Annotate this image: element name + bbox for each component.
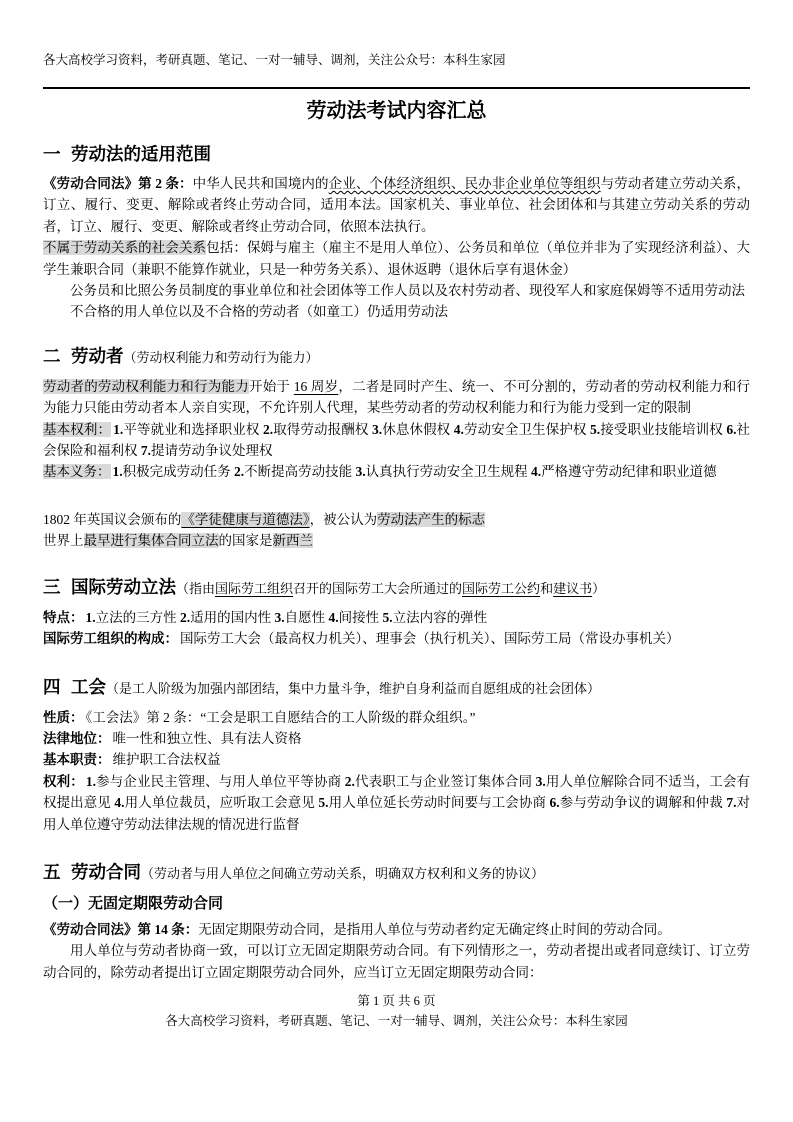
section-2-note: （劳动权利能力和劳动行为能力）: [124, 350, 319, 365]
section-5-heading: 五劳动合同（劳动者与用人单位之间确立劳动关系，明确双方权利和义务的协议）: [43, 859, 750, 887]
section-4-heading: 四工会（是工人阶级为加强内部团结，集中力量斗争，维护自身利益而自愿组成的社会团体…: [43, 674, 750, 702]
list-run: 1.平等就业和选择职业权 2.取得劳动报酬权 3.休息休假权 4.劳动安全卫生保…: [43, 422, 750, 458]
bold-label: 性质：: [43, 710, 84, 725]
page-footer: 第 1 页 共 6 页 各大高校学习资料，考研真题、笔记、一对一辅导、调剂，关注…: [43, 991, 750, 1031]
text-run: 无固定期限劳动合同，是指用人单位与劳动者约定无确定终止时间的劳动合同。: [198, 922, 671, 937]
paragraph-capacity: 劳动者的劳动权利能力和行为能力开始于 16 周岁，二者是同时产生、统一、不可分割…: [43, 376, 750, 419]
section-3-title: 国际劳动立法: [71, 577, 176, 597]
text-run: ）: [592, 581, 605, 596]
highlight-label: 基本权利：: [43, 422, 111, 437]
paragraph-unqualified: 不合格的用人单位以及不合格的劳动者（如童工）仍适用劳动法: [43, 301, 750, 322]
text-run: 中华人民共和国境内的: [193, 176, 329, 191]
law-ref-run: 《劳动合同法》第 2 条：: [43, 176, 193, 191]
text-run: （指由: [176, 581, 215, 596]
section-1-title: 劳动法的适用范围: [71, 144, 211, 164]
text-run: 召开的国际劳工大会所通过的: [293, 581, 462, 596]
list-run: 1.立法的三方性 2.适用的国内性 3.自愿性 4.间接性 5.立法内容的弹性: [86, 610, 488, 625]
text-run: 维护职工合法权益: [113, 752, 221, 767]
paragraph-law-article-2: 《劳动合同法》第 2 条：中华人民共和国境内的企业、个体经济组织、民办非企业单位…: [43, 173, 750, 237]
section-2-extra-body: 1802 年英国议会颁布的《学徒健康与道德法》，被公认为劳动法产生的标志 世界上…: [43, 509, 750, 552]
text-run: 开始于: [249, 379, 294, 394]
paragraph-excluded-relations: 不属于劳动关系的社会关系包括：保姆与雇主（雇主不是用人单位）、公务员和单位（单位…: [43, 237, 750, 280]
paragraph-1802-act: 1802 年英国议会颁布的《学徒健康与道德法》，被公认为劳动法产生的标志: [43, 509, 750, 530]
underline-run: 建议书: [553, 581, 592, 596]
underline-run: 16 周岁: [294, 379, 339, 394]
footer-text: 各大高校学习资料，考研真题、笔记、一对一辅导、调剂，关注公众号：本科生家园: [43, 1011, 750, 1031]
header-rule: [43, 87, 750, 89]
list-run: 1.参与企业民主管理、与用人单位平等协商 2.代表职工与企业签订集体合同 3.用…: [43, 774, 750, 832]
section-5-number: 五: [43, 862, 61, 882]
bold-label: 国际劳工组织的构成：: [43, 631, 178, 646]
text-run: 用人单位与劳动者协商一致，可以订立无固定期限劳动合同。有下列情形之一，劳动者提出…: [43, 943, 750, 979]
section-5-note: （劳动者与用人单位之间确立劳动关系，明确双方权利和义务的协议）: [141, 866, 544, 881]
highlight-label: 基本义务：: [43, 464, 111, 479]
paragraph-features: 特点：1.立法的三方性 2.适用的国内性 3.自愿性 4.间接性 5.立法内容的…: [43, 607, 750, 628]
section-2-body: 劳动者的劳动权利能力和行为能力开始于 16 周岁，二者是同时产生、统一、不可分割…: [43, 376, 750, 483]
paragraph-ilo-structure: 国际劳工组织的构成：国际劳工大会（最高权力机关）、理事会（执行机关）、国际劳工局…: [43, 628, 750, 649]
bold-label: 法律地位：: [43, 731, 111, 746]
text-run: 的国家是: [219, 533, 273, 548]
text-run: 世界上: [43, 533, 84, 548]
wavy-underline-run: 企业、个体经济组织、民办非企业单位等组织: [329, 176, 601, 191]
section-1-number: 一: [43, 144, 61, 164]
underline-run: 国际劳工组织: [215, 581, 293, 596]
section-1-heading: 一劳动法的适用范围: [43, 141, 750, 167]
section-3-heading: 三国际劳动立法（指由国际劳工组织召开的国际劳工大会所通过的国际劳工公约和建议书）: [43, 574, 750, 602]
section-5-body: 《劳动合同法》第 14 条：无固定期限劳动合同，是指用人单位与劳动者约定无确定终…: [43, 919, 750, 983]
section-5-title: 劳动合同: [71, 862, 141, 882]
section-3-note: （指由国际劳工组织召开的国际劳工大会所通过的国际劳工公约和建议书）: [176, 581, 605, 596]
paragraph-legal-status: 法律地位：唯一性和独立性、具有法人资格: [43, 728, 750, 749]
paragraph-union-nature: 性质：《工会法》第 2 条：“工会是职工自愿结合的工人阶级的群众组织。”: [43, 707, 750, 728]
highlight-run: 劳动者的劳动权利能力和行为能力: [43, 379, 249, 394]
highlight-run: 最早进行集体合同立法: [84, 533, 219, 548]
law-ref-run: 《劳动合同法》第 14 条：: [43, 922, 198, 937]
section-3-number: 三: [43, 577, 61, 597]
section-2-number: 二: [43, 346, 61, 366]
section-1-body: 《劳动合同法》第 2 条：中华人民共和国境内的企业、个体经济组织、民办非企业单位…: [43, 173, 750, 323]
doc-title: 劳动法考试内容汇总: [43, 97, 750, 125]
list-run: 1.积极完成劳动任务 2.不断提高劳动技能 3.认真执行劳动安全卫生规程 4.严…: [113, 464, 717, 479]
section-4-body: 性质：《工会法》第 2 条：“工会是职工自愿结合的工人阶级的群众组织。” 法律地…: [43, 707, 750, 835]
text-run: 和: [540, 581, 553, 596]
header-text: 各大高校学习资料，考研真题、笔记、一对一辅导、调剂，关注公众号：本科生家园: [43, 53, 506, 67]
section-2-heading: 二劳动者（劳动权利能力和劳动行为能力）: [43, 343, 750, 371]
paragraph-basic-duties: 基本义务：1.积极完成劳动任务 2.不断提高劳动技能 3.认真执行劳动安全卫生规…: [43, 461, 750, 482]
paragraph-open-term-contract: 用人单位与劳动者协商一致，可以订立无固定期限劳动合同。有下列情形之一，劳动者提出…: [43, 940, 750, 983]
underline-run: 国际劳工公约: [462, 581, 540, 596]
paragraph-union-rights: 权利：1.参与企业民主管理、与用人单位平等协商 2.代表职工与企业签订集体合同 …: [43, 771, 750, 835]
subsection-1-heading: （一）无固定期限劳动合同: [43, 893, 750, 915]
text-run: 不合格的用人单位以及不合格的劳动者（如童工）仍适用劳动法: [70, 304, 448, 319]
paragraph-basic-duty: 基本职责：维护职工合法权益: [43, 749, 750, 770]
section-4-title: 工会: [71, 677, 106, 697]
page-number: 第 1 页 共 6 页: [43, 991, 750, 1011]
bold-label: 特点：: [43, 610, 84, 625]
text-run: 公务员和比照公务员制度的事业单位和社会团体等工作人员以及农村劳动者、现役军人和家…: [70, 283, 745, 298]
bold-label: 基本职责：: [43, 752, 111, 767]
highlight-underline-run: 《学徒健康与道德法》: [181, 512, 309, 527]
section-3-body: 特点：1.立法的三方性 2.适用的国内性 3.自愿性 4.间接性 5.立法内容的…: [43, 607, 750, 650]
section-4-note: （是工人阶级为加强内部团结，集中力量斗争，维护自身利益而自愿组成的社会团体）: [106, 681, 600, 696]
highlight-run: 新西兰: [273, 533, 314, 548]
highlight-run: 不属于劳动关系的社会关系: [43, 240, 206, 255]
section-2-title: 劳动者: [71, 346, 124, 366]
paragraph-law-article-14: 《劳动合同法》第 14 条：无固定期限劳动合同，是指用人单位与劳动者约定无确定终…: [43, 919, 750, 940]
paragraph-civil-servants: 公务员和比照公务员制度的事业单位和社会团体等工作人员以及农村劳动者、现役军人和家…: [43, 280, 750, 301]
text-run: 国际劳工大会（最高权力机关）、理事会（执行机关）、国际劳工局（常设办事机关）: [180, 631, 680, 646]
page-header: 各大高校学习资料，考研真题、笔记、一对一辅导、调剂，关注公众号：本科生家园: [43, 52, 750, 68]
paragraph-basic-rights: 基本权利：1.平等就业和选择职业权 2.取得劳动报酬权 3.休息休假权 4.劳动…: [43, 419, 750, 462]
highlight-run: 劳动法产生的标志: [377, 512, 485, 527]
text-run: 《工会法》第 2 条：“工会是职工自愿结合的工人阶级的群众组织。”: [86, 710, 476, 725]
text-run: 唯一性和独立性、具有法人资格: [113, 731, 302, 746]
document-page: 各大高校学习资料，考研真题、笔记、一对一辅导、调剂，关注公众号：本科生家园 劳动…: [0, 0, 793, 1122]
bold-label: 权利：: [43, 774, 84, 789]
section-4-number: 四: [43, 677, 61, 697]
text-run: 1802 年英国议会颁布的: [43, 512, 181, 527]
text-run: ，被公认为: [310, 512, 378, 527]
paragraph-new-zealand: 世界上最早进行集体合同立法的国家是新西兰: [43, 530, 750, 551]
